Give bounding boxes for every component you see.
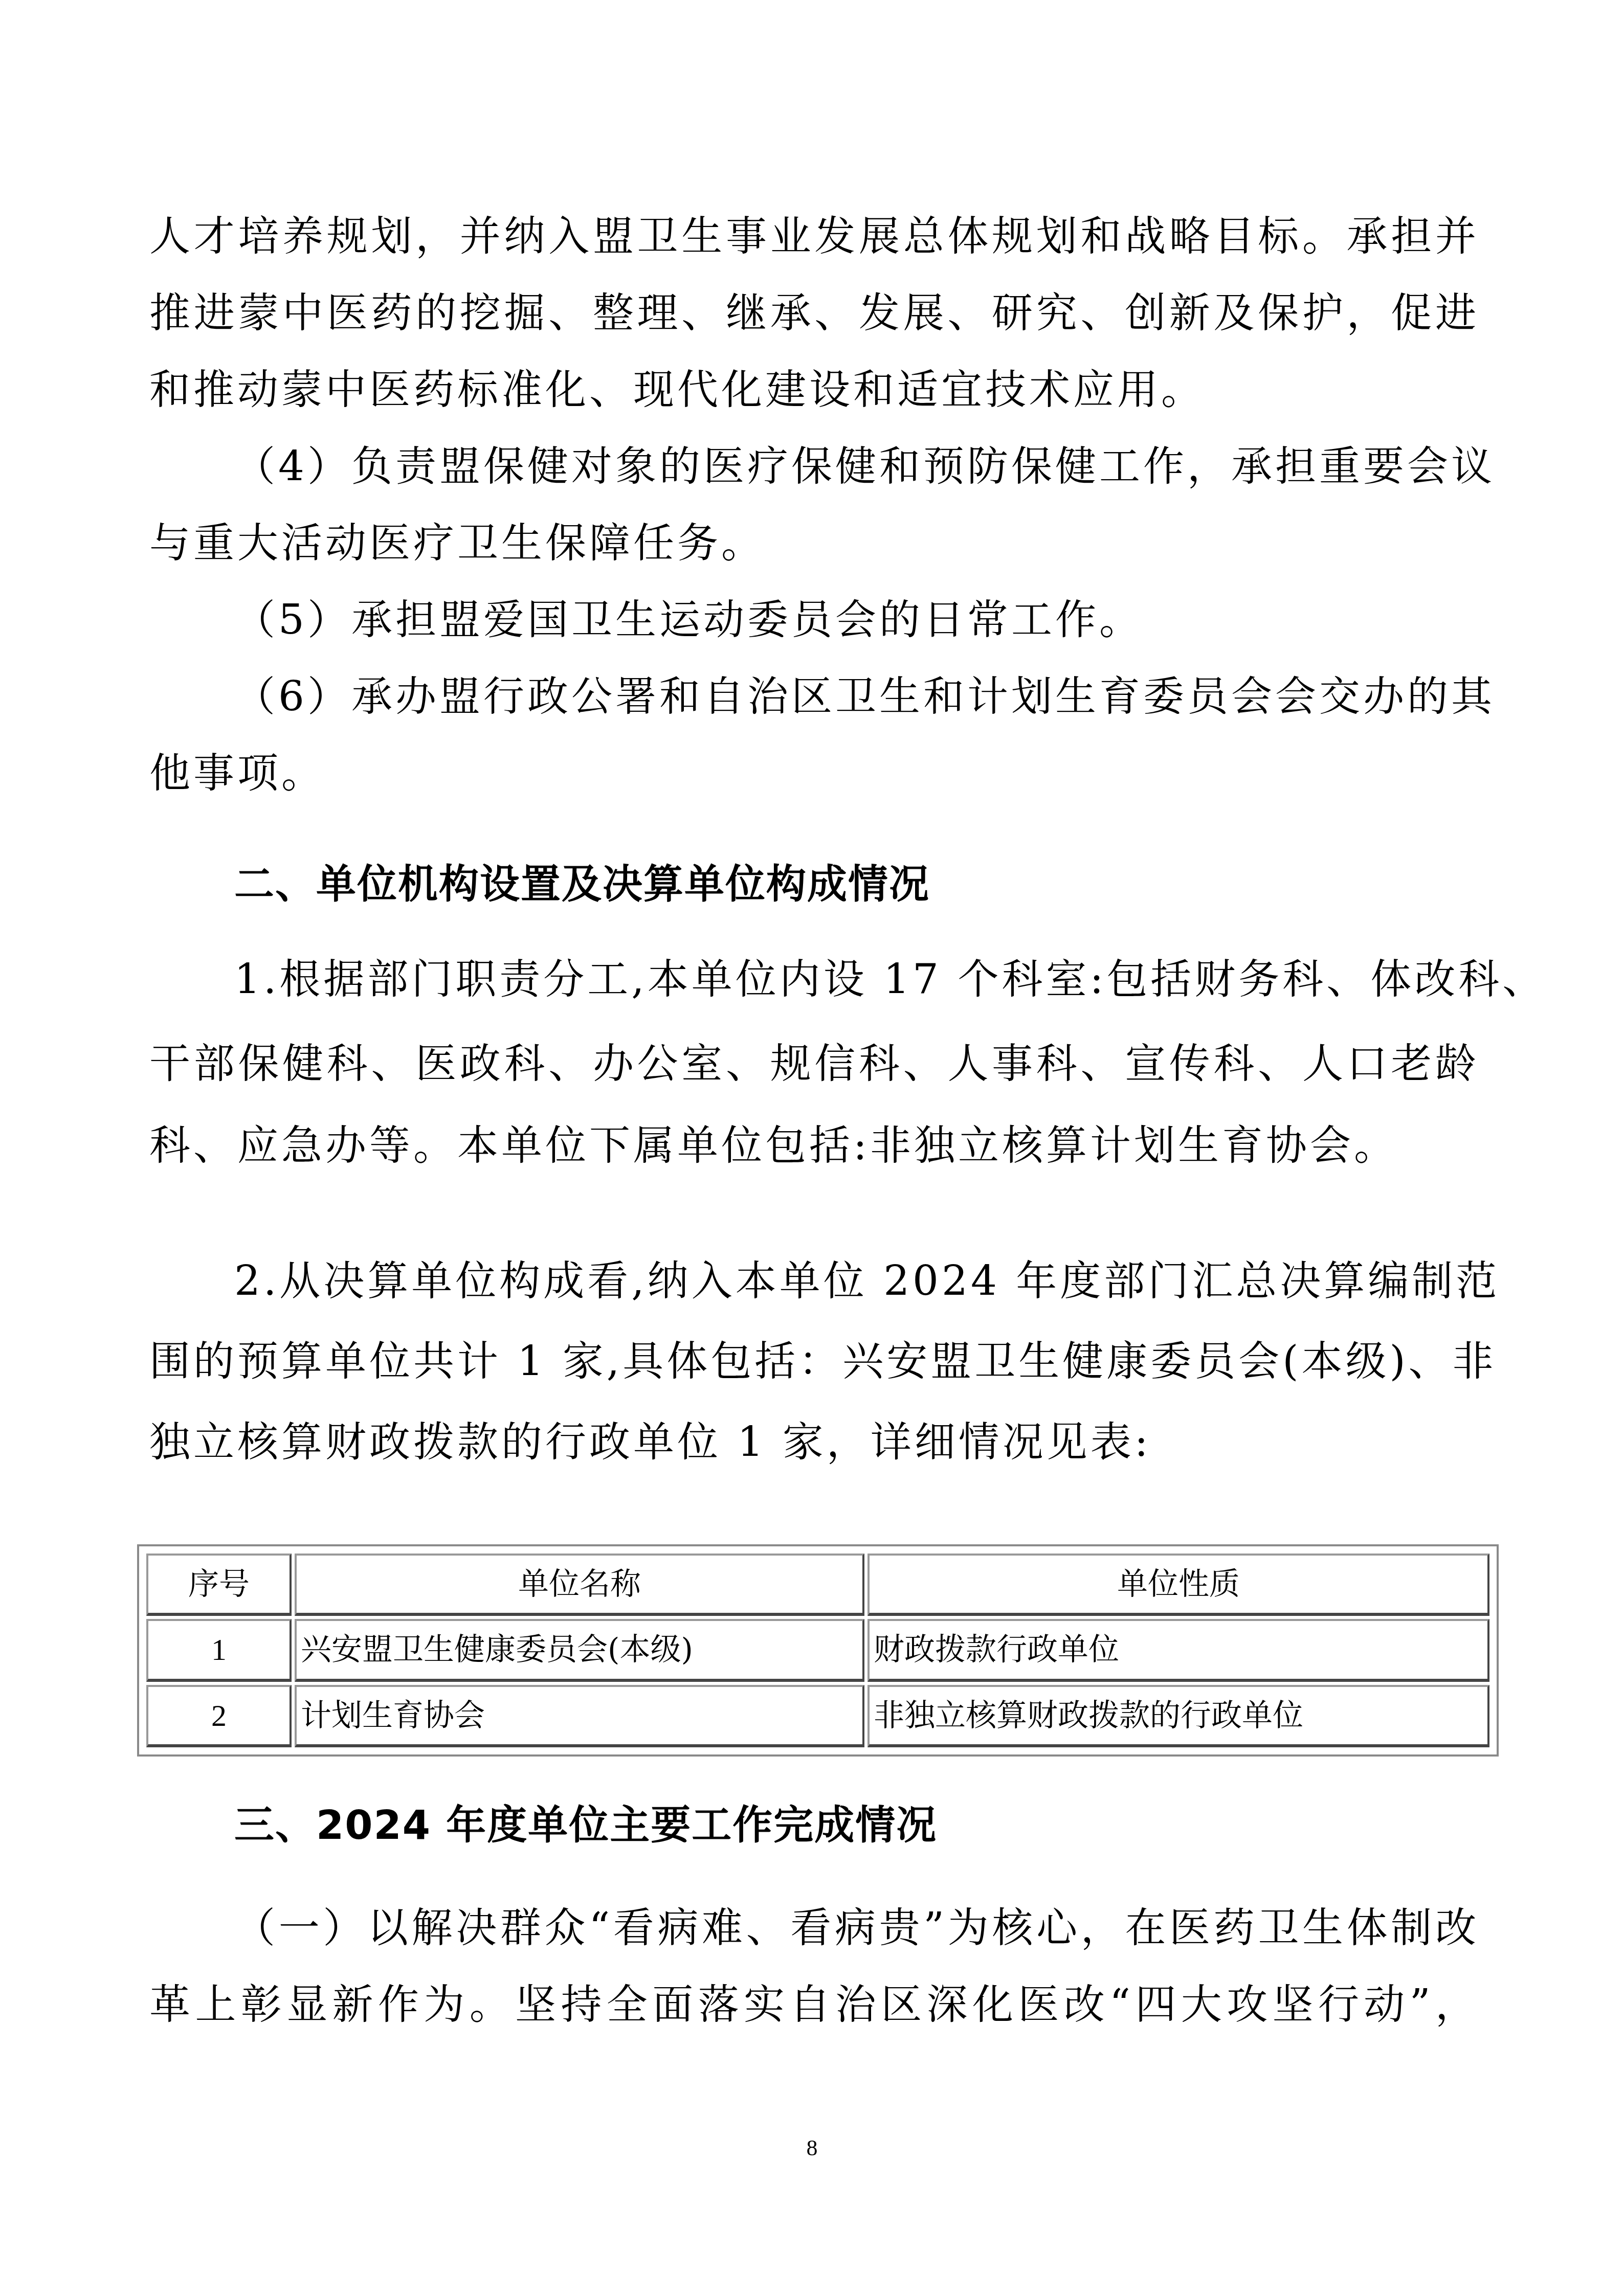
paragraph-line: （5）承担盟爱国卫生运动委员会的日常工作。 bbox=[234, 594, 1564, 645]
table-header-row: 序号 单位名称 单位性质 bbox=[146, 1554, 1489, 1616]
paragraph-line: 1.根据部门职责分工,本单位内设 17 个科室:包括财务科、体改科、 bbox=[234, 954, 1479, 1005]
table-cell: 财政拨款行政单位 bbox=[867, 1619, 1489, 1681]
paragraph-line: 人才培养规划，并纳入盟卫生事业发展总体规划和战略目标。承担并 bbox=[149, 211, 1479, 262]
table-cell: 2 bbox=[146, 1685, 292, 1747]
header-cell: 序号 bbox=[146, 1554, 292, 1616]
paragraph-line: 推进蒙中医药的挖掘、整理、继承、发展、研究、创新及保护，促进 bbox=[149, 287, 1479, 339]
paragraph-line: 独立核算财政拨款的行政单位 1 家，详细情况见表: bbox=[149, 1416, 1479, 1468]
section-heading: 二、单位机构设置及决算单位构成情况 bbox=[234, 859, 1564, 910]
paragraph-line: 他事项。 bbox=[149, 748, 1479, 799]
paragraph-line: 革上彰显新作为。坚持全面落实自治区深化医改“四大攻坚行动”， bbox=[149, 1979, 1479, 2030]
table-row: 2 计划生育协会 非独立核算财政拨款的行政单位 bbox=[146, 1685, 1489, 1747]
table-cell: 兴安盟卫生健康委员会(本级) bbox=[295, 1619, 864, 1681]
page-number: 8 bbox=[0, 2135, 1624, 2161]
section-heading: 三、2024 年度单位主要工作完成情况 bbox=[234, 1800, 1564, 1851]
paragraph-line: 与重大活动医疗卫生保障任务。 bbox=[149, 517, 1479, 569]
table-cell: 1 bbox=[146, 1619, 292, 1681]
paragraph-line: 2.从决算单位构成看,纳入本单位 2024 年度部门汇总决算编制范 bbox=[234, 1255, 1479, 1307]
paragraph-line: 科、应急办等。本单位下属单位包括:非独立核算计划生育协会。 bbox=[149, 1120, 1479, 1171]
paragraph-line: 干部保健科、医政科、办公室、规信科、人事科、宣传科、人口老龄 bbox=[149, 1038, 1479, 1089]
units-table: 序号 单位名称 单位性质 1 兴安盟卫生健康委员会(本级) 财政拨款行政单位 2… bbox=[137, 1544, 1499, 1757]
table-cell: 非独立核算财政拨款的行政单位 bbox=[867, 1685, 1489, 1747]
document-page: 人才培养规划，并纳入盟卫生事业发展总体规划和战略目标。承担并 推进蒙中医药的挖掘… bbox=[0, 0, 1624, 2296]
table-row: 1 兴安盟卫生健康委员会(本级) 财政拨款行政单位 bbox=[146, 1619, 1489, 1681]
header-cell: 单位名称 bbox=[295, 1554, 864, 1616]
paragraph-line: （一）以解决群众“看病难、看病贵”为核心，在医药卫生体制改 bbox=[234, 1902, 1479, 1953]
paragraph-line: （6）承办盟行政公署和自治区卫生和计划生育委员会会交办的其 bbox=[234, 671, 1479, 722]
paragraph-line: 和推动蒙中医药标准化、现代化建设和适宜技术应用。 bbox=[149, 364, 1479, 415]
header-cell: 单位性质 bbox=[867, 1554, 1489, 1616]
table-cell: 计划生育协会 bbox=[295, 1685, 864, 1747]
paragraph-line: （4）负责盟保健对象的医疗保健和预防保健工作，承担重要会议 bbox=[234, 441, 1479, 492]
paragraph-line: 围的预算单位共计 1 家,具体包括：兴安盟卫生健康委员会(本级)、非 bbox=[149, 1336, 1479, 1387]
